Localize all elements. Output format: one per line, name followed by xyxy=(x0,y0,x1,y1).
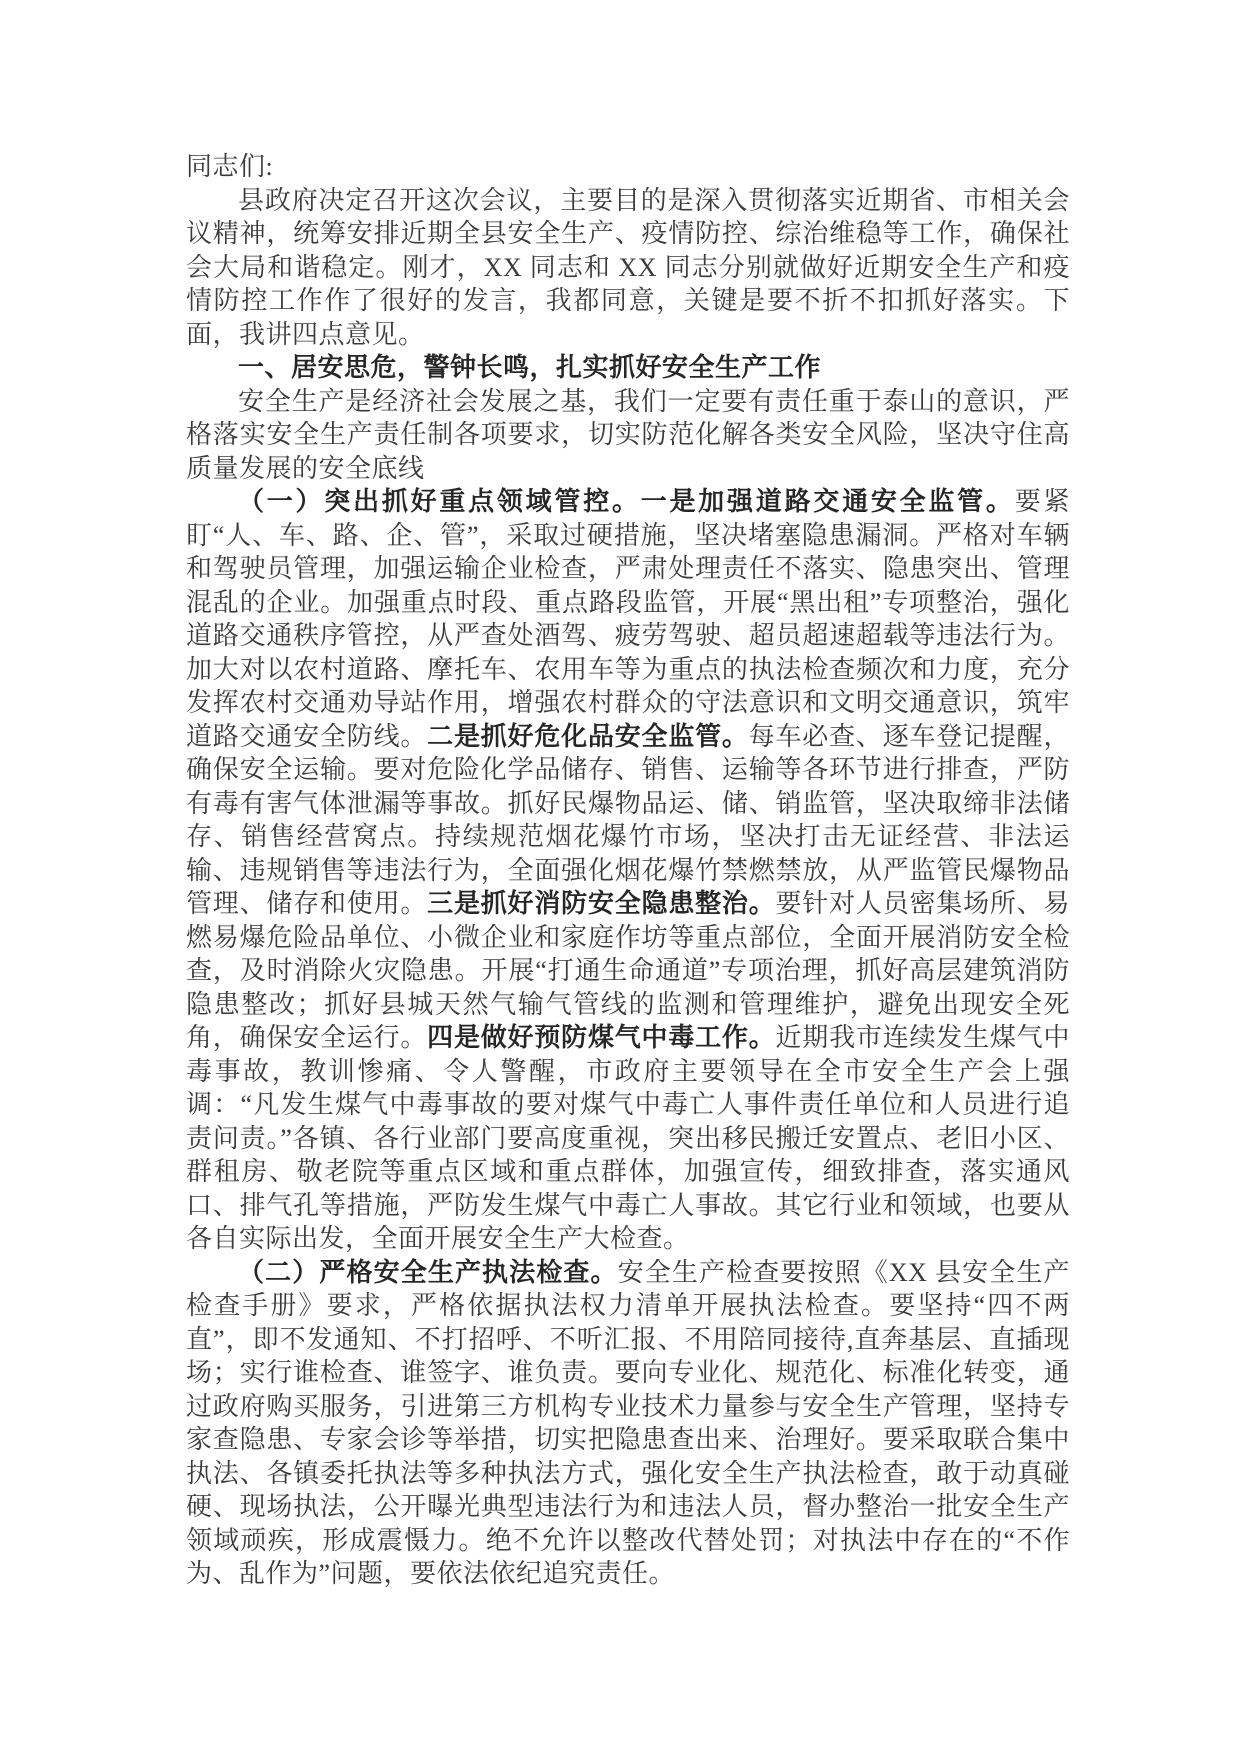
paragraph: 一、居安思危，警钟长鸣，扎实抓好安全生产工作 xyxy=(186,351,1070,385)
text-run: 安全生产是经济社会发展之基，我们一定要有责任重于泰山的意识，严格落实安全生产责任… xyxy=(186,387,1070,483)
text-run-bold: （一）突出抓好重点领域管控。一是加强道路交通安全监管。 xyxy=(238,487,1015,516)
text-run: 要紧盯“人、车、路、企、管”，采取过硬措施，坚决堵塞隐患漏洞。严格对车辆和驾驶员… xyxy=(186,487,1070,751)
text-run: 近期我市连续发生煤气中毒事故，教训惨痛、令人警醒，市政府主要领导在全市安全生产会… xyxy=(186,1023,1070,1253)
text-run-bold: 二是抓好危化品安全监管。 xyxy=(427,722,749,751)
paragraph: 安全生产是经济社会发展之基，我们一定要有责任重于泰山的意识，严格落实安全生产责任… xyxy=(186,385,1070,486)
text-run-bold: 四是做好预防煤气中毒工作。 xyxy=(427,1023,775,1052)
text-run-bold: 三是抓好消防安全隐患整治。 xyxy=(427,889,775,918)
paragraph: 同志们: xyxy=(186,150,1070,184)
paragraph: （二）严格安全生产执法检查。安全生产检查要按照《XX 县安全生产检查手册》要求，… xyxy=(186,1256,1070,1591)
text-run: 县政府决定召开这次会议，主要目的是深入贯彻落实近期省、市相关会议精神，统筹安排近… xyxy=(186,186,1070,349)
document-content: 同志们:县政府决定召开这次会议，主要目的是深入贯彻落实近期省、市相关会议精神，统… xyxy=(186,150,1070,1591)
paragraph: 县政府决定召开这次会议，主要目的是深入贯彻落实近期省、市相关会议精神，统筹安排近… xyxy=(186,184,1070,352)
document-page: 同志们:县政府决定召开这次会议，主要目的是深入贯彻落实近期省、市相关会议精神，统… xyxy=(0,0,1240,1754)
text-run-bold: （二）严格安全生产执法检查。 xyxy=(238,1258,618,1287)
paragraph: （一）突出抓好重点领域管控。一是加强道路交通安全监管。要紧盯“人、车、路、企、管… xyxy=(186,485,1070,1256)
text-run: 安全生产检查要按照《XX 县安全生产检查手册》要求，严格依据执法权力清单开展执法… xyxy=(186,1258,1070,1589)
text-run: 同志们: xyxy=(186,152,273,181)
text-run-bold: 一、居安思危，警钟长鸣，扎实抓好安全生产工作 xyxy=(238,353,821,382)
